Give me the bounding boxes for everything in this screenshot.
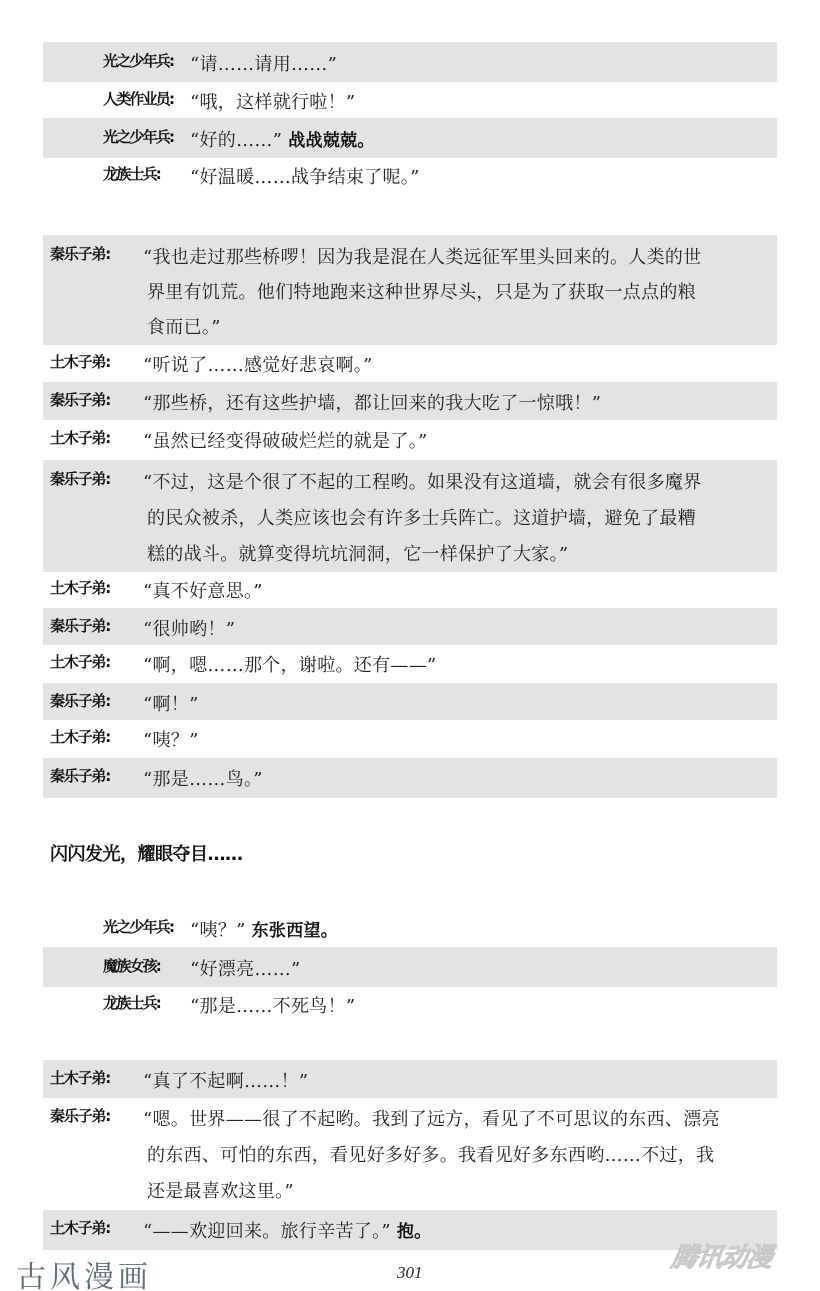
speaker-label: 光之少年兵: <box>43 126 190 147</box>
dialogue-line: “我也走过那些桥啰！因为我是混在人类远征军里头回来的。人类的世 <box>143 240 777 275</box>
dialogue-line: 糕的战斗。就算变得坑坑洞洞，它一样保护了大家。” <box>143 537 777 573</box>
dialogue-line: “那是……鸟。” <box>143 765 777 791</box>
speaker-label: 土木子弟: <box>43 1067 143 1088</box>
speaker-label: 秦乐子弟: <box>43 1102 143 1126</box>
dialogue-text: “咦？” <box>190 920 246 941</box>
dialogue-row: 秦乐子弟: “嗯。世界——很了不起哟。我到了远方，看见了不可思议的东西、漂亮 的… <box>43 1098 777 1210</box>
dialogue-row: 秦乐子弟: “不过，这是个很了不起的工程哟。如果没有这道墙，就会有很多魔界 的民… <box>43 460 777 572</box>
dialogue-line: “咦？” <box>143 726 777 752</box>
speaker-label: 土木子弟: <box>43 651 143 672</box>
dialogue-row: 龙族士兵: “那是……不死鸟！” <box>43 987 777 1023</box>
dialogue-row: 魔族女孩: “好漂亮……” <box>43 947 777 987</box>
dialogue-row: 土木子弟: “咦？” <box>43 720 777 758</box>
dialogue-line: “嗯。世界——很了不起哟。我到了远方，看见了不可思议的东西、漂亮 <box>143 1102 777 1138</box>
dialogue-line: “好温暖……战争结束了呢。” <box>190 163 777 189</box>
speaker-label: 光之少年兵: <box>43 916 190 937</box>
dialogue-row: 秦乐子弟: “啊！” <box>43 683 777 720</box>
dialogue-text: “好的……” <box>190 130 282 151</box>
dialogue-row: 土木子弟: “虽然已经变得破破烂烂的就是了。” <box>43 420 777 460</box>
dialogue-row: 秦乐子弟: “很帅哟！” <box>43 608 777 645</box>
dialogue-line: “咦？”东张西望。 <box>190 916 777 942</box>
dialogue-row: 光之少年兵: “咦？”东张西望。 <box>43 908 777 947</box>
dialogue-line: “好漂亮……” <box>190 955 777 981</box>
dialogue-row: 光之少年兵: “请……请用……” <box>43 42 777 82</box>
gufeng-watermark: 古风漫画 <box>16 1252 152 1291</box>
dialogue-row: 光之少年兵: “好的……”战战兢兢。 <box>43 118 777 158</box>
dialogue-line: “哦，这样就行啦！” <box>190 88 777 114</box>
speaker-label: 秦乐子弟: <box>43 690 143 711</box>
speaker-label: 人类作业员: <box>43 88 190 109</box>
dialogue-line: “啊！” <box>143 690 777 716</box>
dialogue-row: 龙族士兵: “好温暖……战争结束了呢。” <box>43 158 777 194</box>
speaker-label: 土木子弟: <box>43 1217 143 1238</box>
dialogue-row: 土木子弟: “真不好意思。” <box>43 572 777 608</box>
speaker-label: 土木子弟: <box>43 351 143 372</box>
dialogue-line: 食而已。” <box>143 310 777 345</box>
speaker-label: 秦乐子弟: <box>43 465 143 489</box>
speaker-label: 魔族女孩: <box>43 955 190 976</box>
dialogue-row: 人类作业员: “哦，这样就行啦！” <box>43 82 777 118</box>
speaker-label: 秦乐子弟: <box>43 389 143 410</box>
dialogue-line: 界里有饥荒。他们特地跑来这种世界尽头，只是为了获取一点点的粮 <box>143 275 777 310</box>
speaker-label: 秦乐子弟: <box>43 240 143 264</box>
dialogue-line: 还是最喜欢这里。” <box>143 1174 777 1210</box>
dialogue-line: “啊，嗯……那个，谢啦。还有——” <box>143 651 777 677</box>
action-text: 抱。 <box>397 1222 432 1242</box>
dialogue-line: “请……请用……” <box>190 50 777 76</box>
action-text: 东张西望。 <box>252 921 339 941</box>
dialogue-row: 土木子弟: “啊，嗯……那个，谢啦。还有——” <box>43 645 777 683</box>
dialogue-row: 土木子弟: “真了不起啊……！” <box>43 1060 777 1098</box>
dialogue-row: 秦乐子弟: “我也走过那些桥啰！因为我是混在人类远征军里头回来的。人类的世 界里… <box>43 235 777 345</box>
speaker-label: 土木子弟: <box>43 726 143 747</box>
speaker-label: 秦乐子弟: <box>43 615 143 636</box>
speaker-label: 秦乐子弟: <box>43 765 143 786</box>
dialogue-line: “听说了……感觉好悲哀啊。” <box>143 351 777 377</box>
narration-text: 闪闪发光，耀眼夺目…… <box>50 840 243 866</box>
dialogue-row: 土木子弟: “——欢迎回来。旅行辛苦了。”抱。 <box>43 1210 777 1250</box>
speaker-label: 光之少年兵: <box>43 50 190 71</box>
speaker-label: 土木子弟: <box>43 427 143 448</box>
action-text: 战战兢兢。 <box>288 131 375 151</box>
dialogue-line: “好的……”战战兢兢。 <box>190 126 777 152</box>
speaker-label: 龙族士兵: <box>43 163 190 184</box>
dialogue-row: 秦乐子弟: “那是……鸟。” <box>43 758 777 798</box>
speaker-label: 土木子弟: <box>43 577 143 598</box>
dialogue-text: “——欢迎回来。旅行辛苦了。” <box>143 1221 391 1242</box>
tencent-comic-watermark: 腾讯动漫 <box>670 1237 803 1271</box>
dialogue-line: “那些桥，还有这些护墙，都让回来的我大吃了一惊哦！” <box>143 389 777 415</box>
dialogue-line: “很帅哟！” <box>143 615 777 641</box>
dialogue-row: 秦乐子弟: “那些桥，还有这些护墙，都让回来的我大吃了一惊哦！” <box>43 382 777 420</box>
dialogue-line: “不过，这是个很了不起的工程哟。如果没有这道墙，就会有很多魔界 <box>143 465 777 501</box>
speaker-label: 龙族士兵: <box>43 992 190 1013</box>
dialogue-row: 土木子弟: “听说了……感觉好悲哀啊。” <box>43 345 777 382</box>
dialogue-line: “那是……不死鸟！” <box>190 992 777 1018</box>
dialogue-line: 的民众被杀，人类应该也会有许多士兵阵亡。这道护墙，避免了最糟 <box>143 501 777 537</box>
dialogue-line: “真了不起啊……！” <box>143 1067 777 1093</box>
dialogue-line: “虽然已经变得破破烂烂的就是了。” <box>143 427 777 453</box>
page-number: 301 <box>397 1263 423 1283</box>
dialogue-line: 的东西、可怕的东西，看见好多好多。我看见好多东西哟……不过，我 <box>143 1138 777 1174</box>
dialogue-line: “真不好意思。” <box>143 577 777 603</box>
